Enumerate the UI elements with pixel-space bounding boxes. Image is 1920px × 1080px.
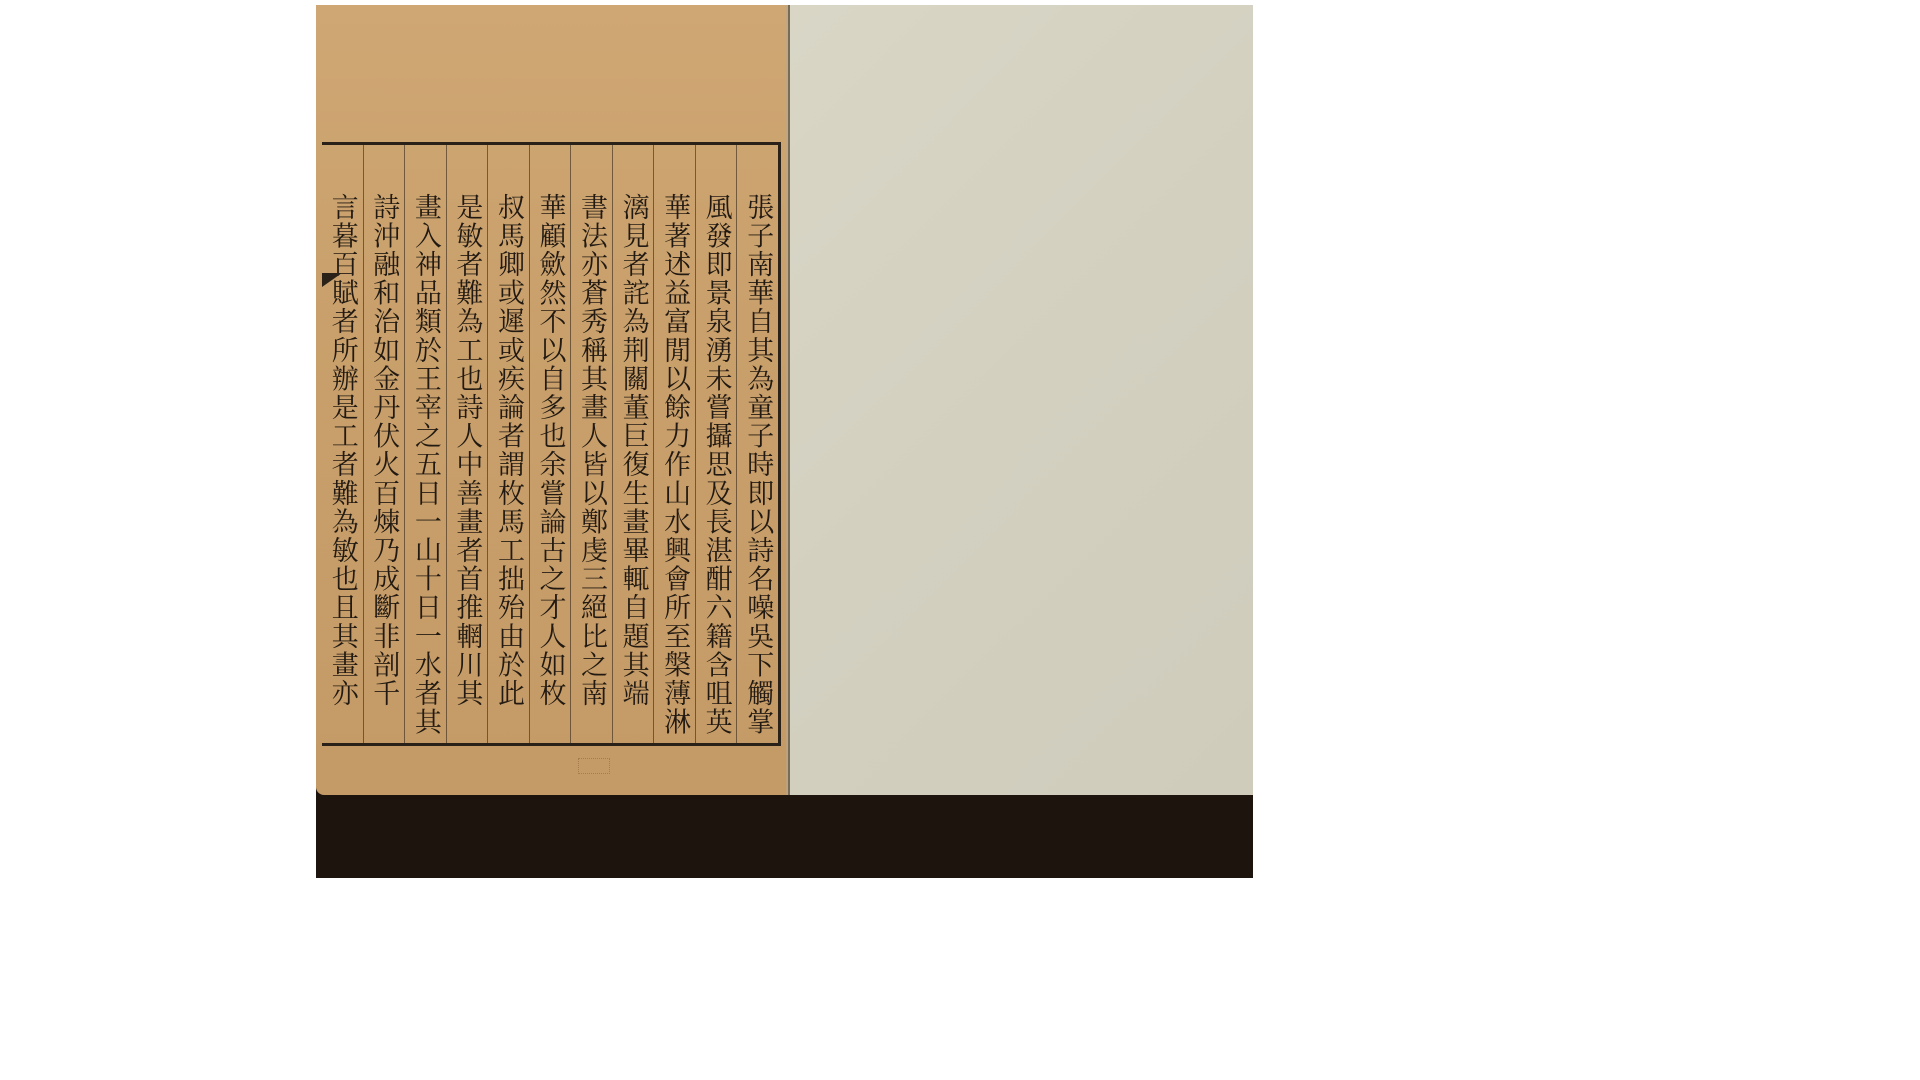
text-column: 書法亦蒼秀稱其畫人皆以鄭虔三絕比之南	[570, 145, 612, 743]
text-column: 是敏者難為工也詩人中善畫者首推輞川其	[446, 145, 488, 743]
text-column: 風發即景泉湧未嘗攝思及長湛酣六籍含咀英	[695, 145, 737, 743]
scan-background	[316, 795, 1253, 878]
text-frame: 張子南華自其為童子時即以詩名噪吳下觸掌 風發即景泉湧未嘗攝思及長湛酣六籍含咀英 …	[322, 142, 781, 746]
text-column: 言暮百賦者所辦是工者難為敏也且其畫亦	[322, 145, 363, 743]
column-text: 詩沖融和治如金丹伏火百煉乃成斷非剖千	[370, 193, 397, 708]
text-column: 叔馬卿或遲或疾論者謂枚馬工拙殆由於此	[487, 145, 529, 743]
text-column: 漓見者詫為荆關董巨復生畫畢輒自題其端	[612, 145, 654, 743]
column-text: 畫入神品類於王宰之五日一山十日一水者其	[412, 193, 439, 736]
column-text: 漓見者詫為荆關董巨復生畫畢輒自題其端	[620, 193, 647, 708]
column-text: 華顧歛然不以自多也余嘗論古之才人如枚	[536, 193, 563, 708]
folio-mark	[578, 758, 610, 774]
text-column: 張子南華自其為童子時即以詩名噪吳下觸掌	[736, 145, 778, 743]
text-columns: 張子南華自其為童子時即以詩名噪吳下觸掌 風發即景泉湧未嘗攝思及長湛酣六籍含咀英 …	[322, 145, 778, 743]
column-text: 叔馬卿或遲或疾論者謂枚馬工拙殆由於此	[495, 193, 522, 708]
text-column: 華著述益富閒以餘力作山水興會所至槃薄淋	[653, 145, 695, 743]
column-text: 書法亦蒼秀稱其畫人皆以鄭虔三絕比之南	[578, 193, 605, 708]
column-text: 張子南華自其為童子時即以詩名噪吳下觸掌	[744, 193, 771, 736]
text-column: 詩沖融和治如金丹伏火百煉乃成斷非剖千	[363, 145, 405, 743]
right-page-blank	[790, 5, 1253, 800]
fishtail-mark-icon	[322, 273, 342, 287]
text-column: 畫入神品類於王宰之五日一山十日一水者其	[404, 145, 446, 743]
book-scan: 張子南華自其為童子時即以詩名噪吳下觸掌 風發即景泉湧未嘗攝思及長湛酣六籍含咀英 …	[316, 5, 1253, 878]
left-page: 張子南華自其為童子時即以詩名噪吳下觸掌 風發即景泉湧未嘗攝思及長湛酣六籍含咀英 …	[316, 5, 788, 795]
column-text: 華著述益富閒以餘力作山水興會所至槃薄淋	[661, 193, 688, 736]
column-text: 是敏者難為工也詩人中善畫者首推輞川其	[453, 193, 480, 708]
column-text: 言暮百賦者所辦是工者難為敏也且其畫亦	[329, 193, 356, 708]
column-text: 風發即景泉湧未嘗攝思及長湛酣六籍含咀英	[703, 193, 730, 736]
text-column: 華顧歛然不以自多也余嘗論古之才人如枚	[529, 145, 571, 743]
